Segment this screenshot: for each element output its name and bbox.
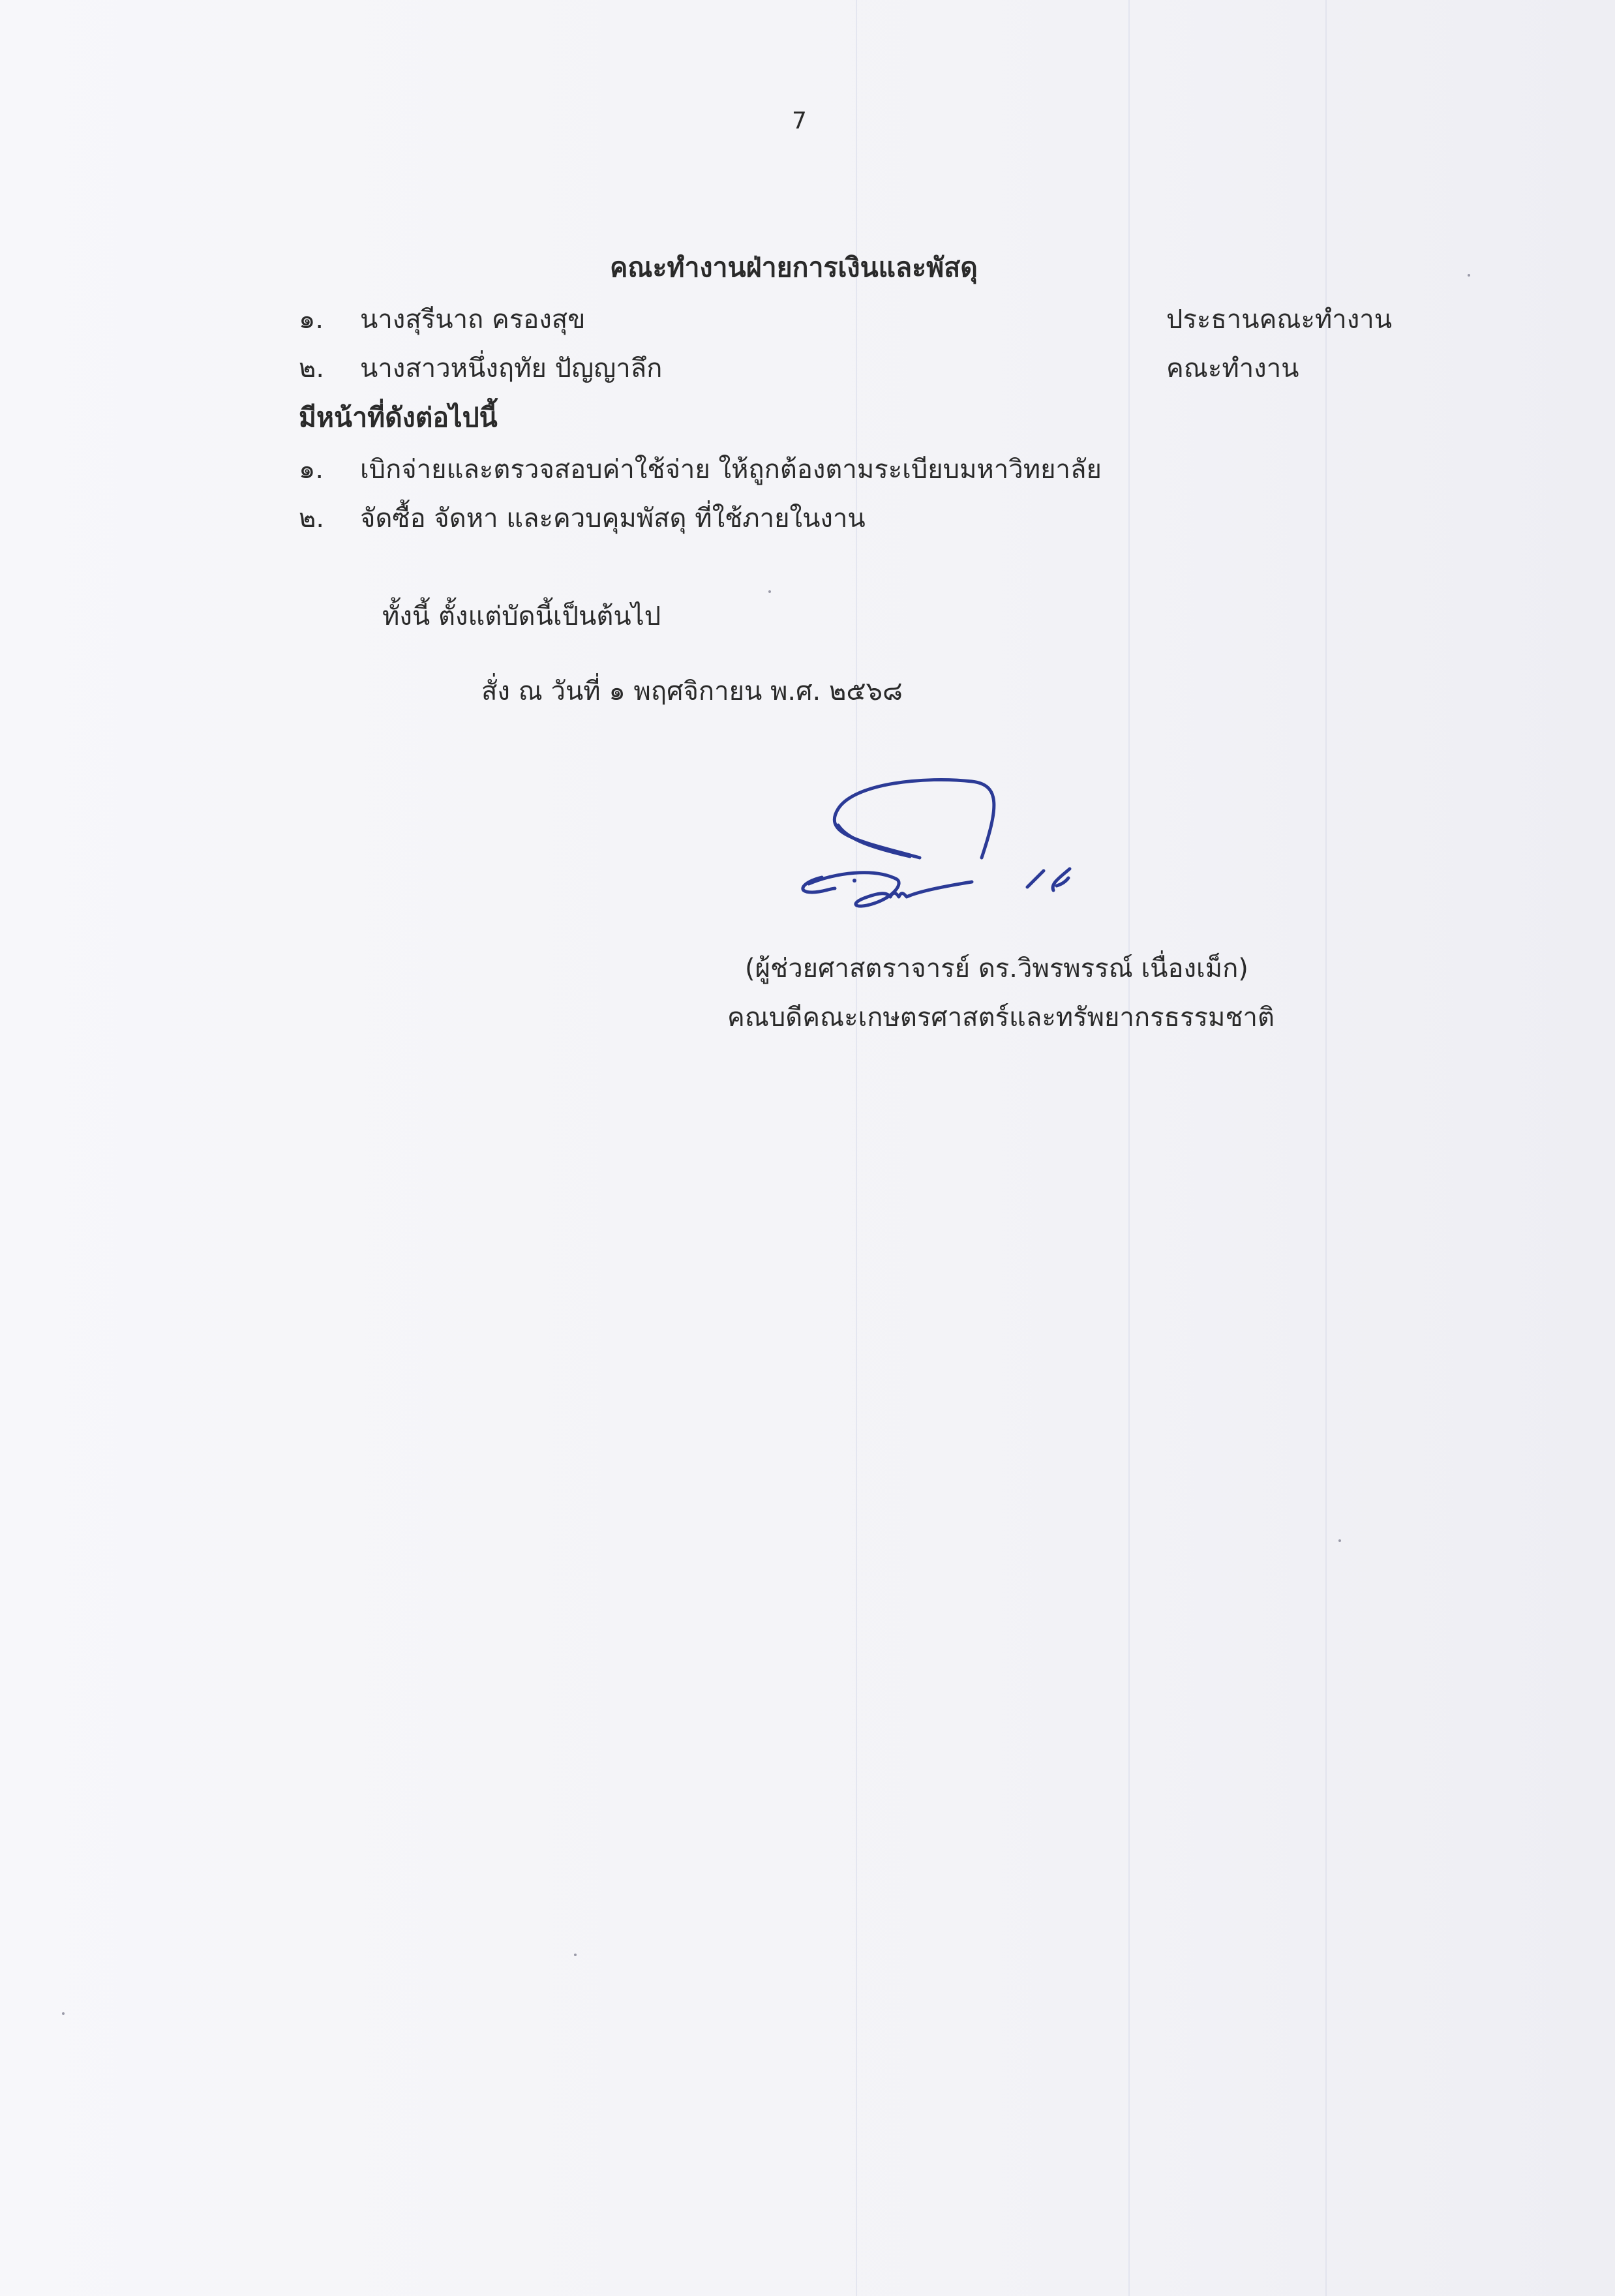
scan-speck	[62, 2012, 65, 2015]
duty-number: ๑.	[299, 457, 360, 483]
duty-item: ๑.เบิกจ่ายและตรวจสอบค่าใช้จ่าย ให้ถูกต้อ…	[299, 457, 1102, 483]
member-row: ๒.นางสาวหนึ่งฤทัย ปัญญาลึก	[299, 355, 662, 382]
member-number: ๑.	[299, 307, 360, 333]
document-page: 7 คณะทำงานฝ่ายการเงินและพัสดุ ๑.นางสุรีน…	[0, 0, 1615, 2296]
scan-speck	[1338, 1539, 1341, 1542]
duty-text: เบิกจ่ายและตรวจสอบค่าใช้จ่าย ให้ถูกต้องต…	[360, 455, 1102, 485]
scan-artifact-line	[1325, 0, 1327, 2296]
order-date: สั่ง ณ วันที่ ๑ พฤศจิกายน พ.ศ. ๒๕๖๘	[481, 678, 903, 704]
signer-title: คณบดีคณะเกษตรศาสตร์และทรัพยากรธรรมชาติ	[727, 1004, 1275, 1031]
member-role: คณะทำงาน	[1166, 355, 1299, 382]
signer-name: (ผู้ช่วยศาสตราจารย์ ดร.วิพรพรรณ์ เนื่องเ…	[745, 956, 1248, 982]
member-name: นางสาวหนึ่งฤทัย ปัญญาลึก	[360, 354, 662, 384]
member-number: ๒.	[299, 355, 360, 382]
scan-speck	[574, 1954, 577, 1956]
scan-artifact-line	[1128, 0, 1130, 2296]
duty-number: ๒.	[299, 506, 360, 532]
page-number: 7	[792, 110, 807, 133]
duty-item: ๒.จัดซื้อ จัดหา และควบคุมพัสดุ ที่ใช้ภาย…	[299, 506, 866, 532]
scan-artifact-line	[856, 0, 857, 2296]
signature-icon	[783, 763, 1200, 920]
section-heading: คณะทำงานฝ่ายการเงินและพัสดุ	[610, 254, 978, 281]
duties-heading: มีหน้าที่ดังต่อไปนี้	[299, 404, 498, 431]
scan-speck	[1468, 274, 1470, 277]
member-role: ประธานคณะทำงาน	[1166, 307, 1392, 333]
member-row: ๑.นางสุรีนาถ ครองสุข	[299, 307, 586, 333]
member-name: นางสุรีนาถ ครองสุข	[360, 305, 586, 335]
duty-text: จัดซื้อ จัดหา และควบคุมพัสดุ ที่ใช้ภายใน…	[360, 504, 866, 534]
effective-statement: ทั้งนี้ ตั้งแต่บัดนี้เป็นต้นไป	[382, 603, 661, 629]
scan-speck	[768, 590, 771, 593]
